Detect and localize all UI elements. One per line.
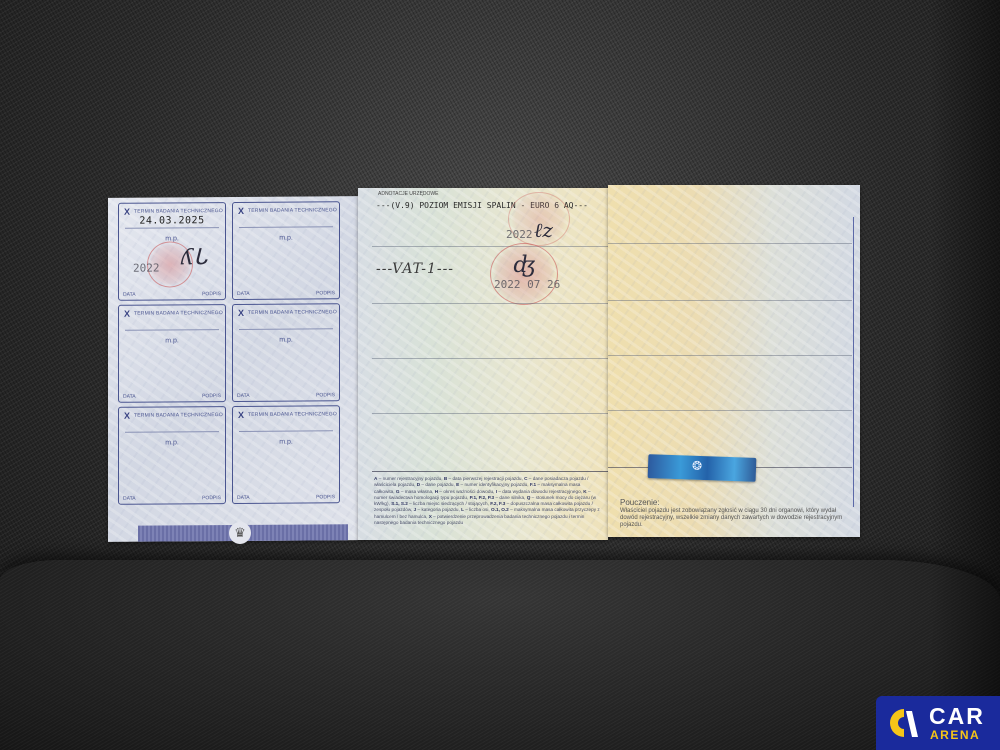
car-arena-logo-icon — [890, 707, 918, 739]
car-seat-cushion — [0, 560, 1000, 750]
annotations-header: ADNOTACJE URZĘDOWE — [378, 191, 438, 197]
legend-desc: – data wydania dowodu rejestracyjnego, — [497, 489, 583, 494]
inspection-box-6: X TERMIN BADANIA TECHNICZNEGO m.p. DATA … — [232, 405, 340, 504]
legend-key: S.1, S.2 — [391, 501, 408, 506]
field-legend: A – numer rejestracyjny pojazdu, B – dat… — [374, 476, 602, 526]
box-title: TERMIN BADANIA TECHNICZNEGO — [134, 208, 223, 215]
notice-title: Pouczenie: — [620, 498, 660, 507]
inspection-box-4: X TERMIN BADANIA TECHNICZNEGO m.p. DATA … — [232, 303, 340, 402]
legend-desc: – data pierwszej rejestracji pojazdu, — [447, 476, 524, 481]
signature: ʎᒐ — [181, 245, 207, 270]
inspection-date: 24.03.2025 — [119, 215, 225, 227]
hologram-sticker: ❂ — [648, 454, 757, 482]
legend-desc: – dane pojazdu, — [420, 482, 456, 487]
inspection-panel: X TERMIN BADANIA TECHNICZNEGO 24.03.2025… — [108, 196, 358, 542]
legend-key: O.1, O.2 — [491, 507, 509, 512]
legend-key: P.1, P.2, P.3 — [470, 495, 495, 500]
emission-stamp-date: 2022 — [506, 228, 533, 241]
notice-panel: Pouczenie: Właściciel pojazdu jest zobow… — [608, 185, 860, 537]
signature: ℓz — [534, 218, 553, 243]
inspection-box-3: X TERMIN BADANIA TECHNICZNEGO m.p. DATA … — [118, 304, 226, 403]
car-arena-watermark: CAR ARENA — [876, 696, 1000, 750]
brand-name: CAR — [929, 703, 985, 730]
legend-desc: – liczba osi, — [464, 507, 491, 512]
vat-stamp-date: 2022 07 26 — [494, 278, 560, 291]
polish-eagle-icon: ♛ — [229, 522, 251, 544]
inspection-box-5: X TERMIN BADANIA TECHNICZNEGO m.p. DATA … — [118, 406, 226, 505]
legend-desc: – dane silnika, — [494, 495, 527, 500]
legend-desc: – numer identyfikacyjny pojazdu, — [459, 482, 530, 487]
vat-entry: ---VAT-1--- — [376, 261, 454, 277]
legend-desc: – kategoria pojazdu, — [416, 507, 461, 512]
seat-shadow — [930, 0, 1000, 750]
signature: ʤ — [513, 253, 536, 278]
annotations-panel: ADNOTACJE URZĘDOWE ---(V.9) POZIOM EMISJ… — [358, 188, 608, 540]
brand-subname: ARENA — [930, 728, 980, 742]
legend-desc: – liczba miejsc siedzących / stojących, — [408, 501, 490, 506]
legend-desc: – numer rejestracyjny pojazdu, — [377, 476, 443, 481]
hologram-emblem-icon: ❂ — [692, 459, 703, 473]
inspection-box-2: X TERMIN BADANIA TECHNICZNEGO m.p. DATA … — [232, 201, 340, 300]
inspection-box-1: X TERMIN BADANIA TECHNICZNEGO 24.03.2025… — [118, 202, 226, 301]
legend-desc: – masa własna, — [400, 489, 435, 494]
legend-desc: – okres ważności dowodu, — [438, 489, 496, 494]
legend-key: F.2, F.3 — [490, 501, 505, 506]
notice-text: Właściciel pojazdu jest zobowiązany zgło… — [620, 508, 845, 529]
registration-certificate: X TERMIN BADANIA TECHNICZNEGO 24.03.2025… — [108, 185, 868, 543]
stamp-year: 2022 — [133, 262, 160, 275]
